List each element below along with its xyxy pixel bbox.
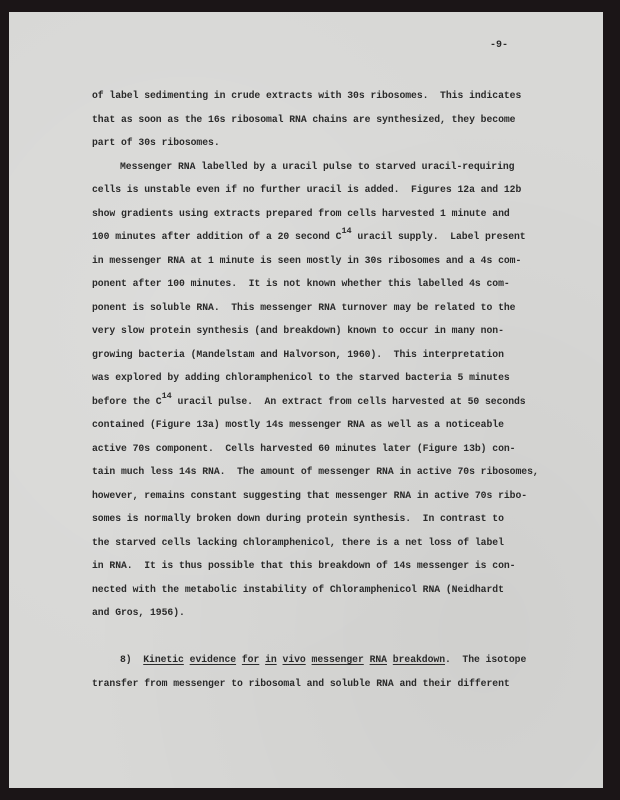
section-heading: 8) Kinetic evidence for in vivo messenge…	[92, 648, 562, 672]
text-line: tain much less 14s RNA. The amount of me…	[92, 460, 562, 484]
superscript-isotope: 14	[341, 226, 351, 236]
text-line: before the C14 uracil pulse. An extract …	[92, 390, 562, 414]
superscript-isotope: 14	[162, 391, 172, 401]
text-line: 100 minutes after addition of a 20 secon…	[92, 225, 562, 249]
text-line: however, remains constant suggesting tha…	[92, 484, 562, 508]
text-line: Messenger RNA labelled by a uracil pulse…	[92, 155, 562, 179]
heading-word: messenger	[312, 654, 364, 665]
text-line: the starved cells lacking chloramphenico…	[92, 531, 562, 555]
blank-line	[92, 625, 562, 649]
text-line: ponent is soluble RNA. This messenger RN…	[92, 296, 562, 320]
text-line: part of 30s ribosomes.	[92, 131, 562, 155]
heading-word: RNA	[370, 654, 387, 665]
text-line: very slow protein synthesis (and breakdo…	[92, 319, 562, 343]
document-page: -9- of label sedimenting in crude extrac…	[9, 12, 603, 788]
text-line: transfer from messenger to ribosomal and…	[92, 672, 562, 696]
heading-word: vivo	[283, 654, 306, 665]
text-line: contained (Figure 13a) mostly 14s messen…	[92, 413, 562, 437]
text-segment: uracil pulse. An extract from cells harv…	[172, 396, 526, 407]
heading-word: evidence	[190, 654, 236, 665]
heading-word: in	[265, 654, 277, 665]
text-line: active 70s component. Cells harvested 60…	[92, 437, 562, 461]
text-line: was explored by adding chloramphenicol t…	[92, 366, 562, 390]
text-line: nected with the metabolic instability of…	[92, 578, 562, 602]
text-line: of label sedimenting in crude extracts w…	[92, 84, 562, 108]
heading-word: for	[242, 654, 259, 665]
body-text: of label sedimenting in crude extracts w…	[92, 84, 562, 695]
text-line: and Gros, 1956).	[92, 601, 562, 625]
text-line: growing bacteria (Mandelstam and Halvors…	[92, 343, 562, 367]
section-number: 8)	[120, 654, 132, 665]
text-line: that as soon as the 16s ribosomal RNA ch…	[92, 108, 562, 132]
text-segment: before the C	[92, 396, 162, 407]
text-segment: uracil supply. Label present	[352, 231, 526, 242]
text-segment: 100 minutes after addition of a 20 secon…	[92, 231, 341, 242]
text-line: in RNA. It is thus possible that this br…	[92, 554, 562, 578]
text-segment: The isotope	[451, 654, 526, 665]
page-number: -9-	[490, 40, 508, 51]
text-line: somes is normally broken down during pro…	[92, 507, 562, 531]
text-line: ponent after 100 minutes. It is not know…	[92, 272, 562, 296]
text-line: show gradients using extracts prepared f…	[92, 202, 562, 226]
text-line: in messenger RNA at 1 minute is seen mos…	[92, 249, 562, 273]
heading-word: breakdown	[393, 654, 445, 665]
text-line: cells is unstable even if no further ura…	[92, 178, 562, 202]
heading-word: Kinetic	[143, 654, 184, 665]
